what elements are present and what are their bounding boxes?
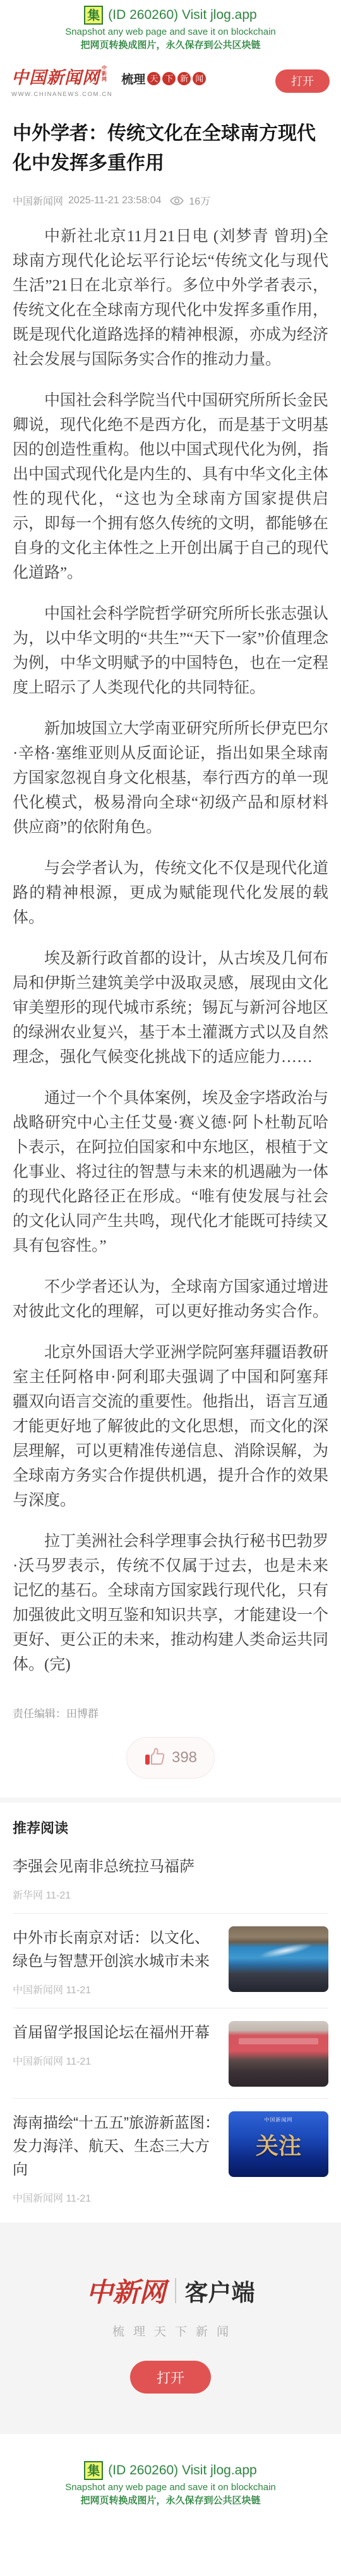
recommended-item-title: 首届留学报国论坛在福州开幕 xyxy=(13,2021,220,2044)
jlog-banner-top: 集 (ID 260260) Visit jlog.app Snapshot an… xyxy=(0,0,341,57)
slogan-char: 新 xyxy=(177,72,191,85)
logo-url: WWW.CHINANEWS.COM.CN xyxy=(11,91,112,98)
recommended-item-source: 中国新闻网 11-21 xyxy=(13,2053,220,2068)
thumbnail-headline: 关注 xyxy=(256,2128,301,2161)
recommended-item[interactable]: 首届留学报国论坛在福州开幕 中国新闻网 11-21 xyxy=(13,2008,328,2099)
recommended-item-date: 11-21 xyxy=(66,2193,91,2204)
recommended-item-title: 中外市长南京对话：以文化、绿色与智慧开创滨水城市未来 xyxy=(13,1926,220,1973)
slogan-char: 闻 xyxy=(193,72,206,85)
recommended-item-date: 11-21 xyxy=(45,1890,71,1901)
page: 集 (ID 260260) Visit jlog.app Snapshot an… xyxy=(0,0,341,2576)
jlog-subtitle-en: Snapshot any web page and save it on blo… xyxy=(0,27,341,37)
footer-logo-brand: 中新网 xyxy=(86,2272,165,2310)
paragraph: 中新社北京11月21日电 (刘梦青 曾玥)全球南方现代化论坛平行论坛“传统文化与… xyxy=(13,224,328,372)
site-header: 中国新闻网 中新网 WWW.CHINANEWS.COM.CN 梳理 天 下 新 … xyxy=(0,57,341,107)
recommended-item-title: 海南描绘“十五五”旅游新蓝图：发力海洋、航天、生态三大方向 xyxy=(13,2111,220,2181)
recommended-item-thumbnail xyxy=(229,2021,328,2087)
jlog-title: (ID 260260) Visit jlog.app xyxy=(108,2463,256,2478)
article-title: 中外学者：传统文化在全球南方现代化中发挥多重作用 xyxy=(13,119,328,178)
jlog-subtitle-en: Snapshot any web page and save it on blo… xyxy=(0,2482,341,2493)
recommended-section: 推荐阅读 李强会见南非总统拉马福萨 新华网 11-21 中外市长南京对话：以文化… xyxy=(0,1803,341,2222)
paragraph: 埃及新行政首都的设计，从古埃及几何布局和伊斯兰建筑美学中汲取灵感，展现由文化审美… xyxy=(13,946,328,1070)
paragraph: 与会学者认为，传统文化不仅是现代化道路的精神根源，更成为赋能现代化发展的载体。 xyxy=(13,856,328,930)
section-divider xyxy=(0,1798,341,1803)
footer-gap xyxy=(0,2434,341,2455)
logo-side-text: 中新网 xyxy=(102,65,108,82)
paragraph: 北京外国语大学亚洲学院阿塞拜疆语教研室主任阿格申·阿利耶夫强调了中国和阿塞拜疆双… xyxy=(13,1340,328,1513)
like-button[interactable]: 398 xyxy=(126,1737,215,1779)
article: 中外学者：传统文化在全球南方现代化中发挥多重作用 中国新闻网 2025-11-2… xyxy=(0,107,341,1720)
recommended-item-source: 中国新闻网 11-21 xyxy=(13,2190,220,2205)
article-meta: 中国新闻网 2025-11-21 23:58:04 16万 xyxy=(13,193,328,208)
article-source: 中国新闻网 xyxy=(13,193,63,208)
like-count: 398 xyxy=(172,1749,197,1767)
slogan-prefix: 梳理 xyxy=(121,70,145,87)
recommended-item[interactable]: 李强会见南非总统拉马福萨 新华网 11-21 xyxy=(13,1842,328,1914)
recommended-item-source-name: 中国新闻网 xyxy=(13,1985,63,1996)
recommended-item[interactable]: 海南描绘“十五五”旅游新蓝图：发力海洋、航天、生态三大方向 中国新闻网 11-2… xyxy=(13,2099,328,2216)
footer-logo-divider xyxy=(175,2278,176,2303)
open-app-button-bottom[interactable]: 打开 xyxy=(130,2361,211,2394)
recommended-item-source-name: 新华网 xyxy=(13,1890,43,1901)
footer-slogan: 梳理天下新闻 xyxy=(0,2322,341,2339)
paragraph: 拉丁美洲社会科学理事会执行秘书巴勃罗·沃马罗表示，传统不仅属于过去，也是未来记忆… xyxy=(13,1529,328,1677)
article-timestamp: 2025-11-21 23:58:04 xyxy=(68,195,161,206)
jlog-banner-bottom: 集 (ID 260260) Visit jlog.app Snapshot an… xyxy=(0,2455,341,2513)
editor-line: 责任编辑：田博群 xyxy=(13,1705,328,1720)
slogan-char: 天 xyxy=(147,72,160,85)
like-section: 398 xyxy=(0,1720,341,1798)
footer-logo-client: 客户端 xyxy=(185,2274,255,2308)
article-body: 中新社北京11月21日电 (刘梦青 曾玥)全球南方现代化论坛平行论坛“传统文化与… xyxy=(13,224,328,1677)
paragraph: 中国社会科学院哲学研究所所长张志强认为，以中华文明的“共生”“天下一家”价值理念… xyxy=(13,602,328,700)
jlog-subtitle-cn: 把网页转换成图片，永久保存到公共区块链 xyxy=(0,2493,341,2507)
jlog-subtitle-cn: 把网页转换成图片，永久保存到公共区块链 xyxy=(0,38,341,51)
recommended-item-thumbnail xyxy=(229,1926,328,1992)
header-slogan: 梳理 天 下 新 闻 xyxy=(121,70,206,87)
paragraph: 不少学者还认为，全球南方国家通过增进对彼此文化的理解，可以更好推动务实合作。 xyxy=(13,1275,328,1324)
paragraph: 中国社会科学院当代中国研究所所长金民卿说，现代化绝不是西方化，而是基于文明基因的… xyxy=(13,388,328,585)
recommended-item-title: 李强会见南非总统拉马福萨 xyxy=(13,1855,328,1878)
recommended-item[interactable]: 中外市长南京对话：以文化、绿色与智慧开创滨水城市未来 中国新闻网 11-21 xyxy=(13,1914,328,2008)
jlog-logo-icon: 集 xyxy=(84,6,103,25)
recommended-item-source: 中国新闻网 11-21 xyxy=(13,1982,220,1996)
recommended-item-thumbnail: 中国新闻网 关注 xyxy=(229,2111,328,2177)
recommended-item-source: 新华网 11-21 xyxy=(13,1887,328,1902)
paragraph: 新加坡国立大学南亚研究所所长伊克巴尔·辛格·塞维亚则从反面论证，指出如果全球南方… xyxy=(13,717,328,840)
open-app-button-top[interactable]: 打开 xyxy=(275,69,330,93)
view-count: 16万 xyxy=(189,193,210,208)
chinanews-logo[interactable]: 中国新闻网 中新网 WWW.CHINANEWS.COM.CN xyxy=(11,64,112,98)
footer-app-promo: 中新网 客户端 梳理天下新闻 打开 xyxy=(0,2222,341,2434)
thumbnail-brand-label: 中国新闻网 xyxy=(265,2116,293,2123)
jlog-link[interactable]: 集 (ID 260260) Visit jlog.app xyxy=(0,6,341,25)
logo-text: 中国新闻网 xyxy=(11,64,100,88)
eye-icon xyxy=(170,196,184,206)
footer-logo: 中新网 客户端 xyxy=(0,2272,341,2310)
jlog-link[interactable]: 集 (ID 260260) Visit jlog.app xyxy=(0,2461,341,2480)
paragraph: 通过一个个具体案例，埃及金字塔政治与战略研究中心主任艾曼·赛义德·阿卜杜勒瓦哈卜… xyxy=(13,1086,328,1258)
recommended-item-date: 11-21 xyxy=(66,1985,91,1996)
thumbs-up-icon xyxy=(144,1746,165,1770)
jlog-logo-icon: 集 xyxy=(84,2461,103,2480)
jlog-title: (ID 260260) Visit jlog.app xyxy=(108,8,256,23)
recommended-item-date: 11-21 xyxy=(66,2056,91,2067)
recommended-heading: 推荐阅读 xyxy=(13,1818,328,1837)
slogan-char: 下 xyxy=(162,72,176,85)
recommended-item-source-name: 中国新闻网 xyxy=(13,2056,63,2067)
recommended-item-source-name: 中国新闻网 xyxy=(13,2193,63,2204)
